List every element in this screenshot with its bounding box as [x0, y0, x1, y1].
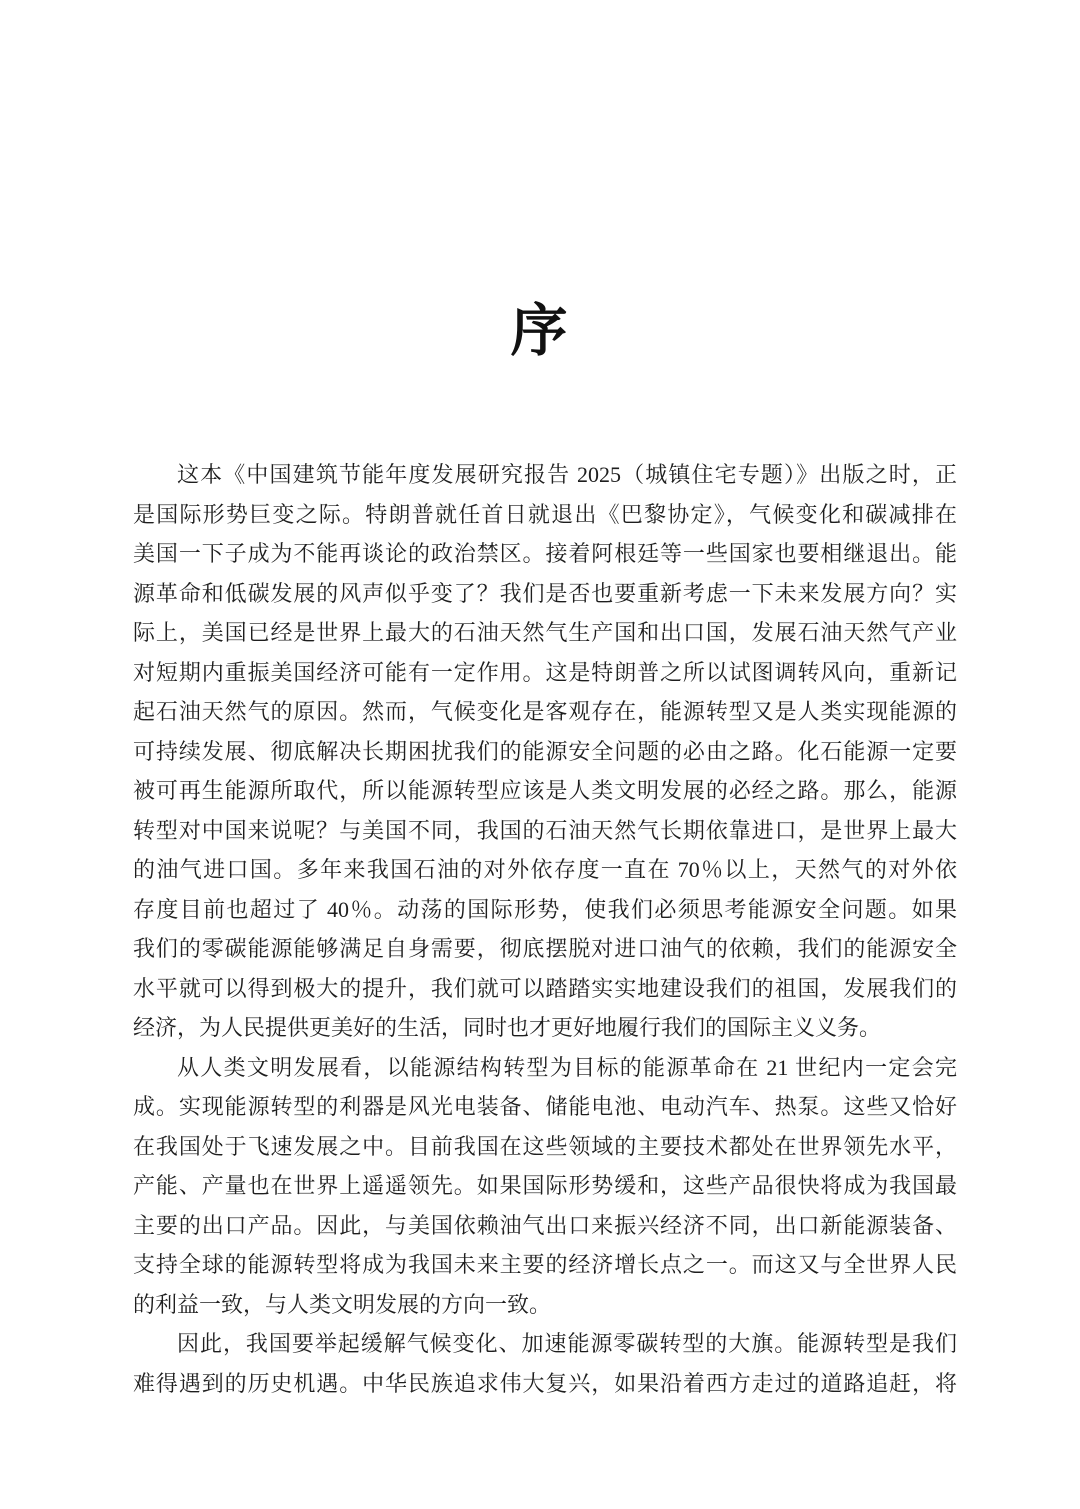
paragraph-line: 源革命和低碳发展的风声似乎变了？我们是否也要重新考虑一下未来发展方向？实	[133, 574, 957, 614]
paragraph-line: 可持续发展、彻底解决长期困扰我们的能源安全问题的必由之路。化石能源一定要	[133, 732, 957, 772]
body-text: 这本《中国建筑节能年度发展研究报告 2025（城镇住宅专题）》出版之时，正 是国…	[133, 455, 957, 1403]
paragraph-3: 因此，我国要举起缓解气候变化、加速能源零碳转型的大旗。能源转型是我们 难得遇到的…	[133, 1324, 957, 1403]
paragraph-line: 的利益一致，与人类文明发展的方向一致。	[133, 1285, 957, 1325]
paragraph-line: 成。实现能源转型的利器是风光电装备、储能电池、电动汽车、热泵。这些又恰好	[133, 1087, 957, 1127]
paragraph-1: 这本《中国建筑节能年度发展研究报告 2025（城镇住宅专题）》出版之时，正 是国…	[133, 455, 957, 1048]
paragraph-line: 被可再生能源所取代，所以能源转型应该是人类文明发展的必经之路。那么，能源	[133, 771, 957, 811]
paragraph-line: 在我国处于飞速发展之中。目前我国在这些领域的主要技术都处在世界领先水平，	[133, 1127, 957, 1167]
paragraph-line: 因此，我国要举起缓解气候变化、加速能源零碳转型的大旗。能源转型是我们	[133, 1324, 957, 1364]
paragraph-line: 这本《中国建筑节能年度发展研究报告 2025（城镇住宅专题）》出版之时，正	[133, 455, 957, 495]
paragraph-line: 难得遇到的历史机遇。中华民族追求伟大复兴，如果沿着西方走过的道路追赶，将	[133, 1364, 957, 1404]
paragraph-line: 水平就可以得到极大的提升，我们就可以踏踏实实地建设我们的祖国，发展我们的	[133, 969, 957, 1009]
paragraph-line: 存度目前也超过了 40％。动荡的国际形势，使我们必须思考能源安全问题。如果	[133, 890, 957, 930]
book-page: 序 这本《中国建筑节能年度发展研究报告 2025（城镇住宅专题）》出版之时，正 …	[0, 0, 1080, 1509]
paragraph-line: 从人类文明发展看，以能源结构转型为目标的能源革命在 21 世纪内一定会完	[133, 1048, 957, 1088]
paragraph-line: 转型对中国来说呢？与美国不同，我国的石油天然气长期依靠进口，是世界上最大	[133, 811, 957, 851]
paragraph-line: 产能、产量也在世界上遥遥领先。如果国际形势缓和，这些产品很快将成为我国最	[133, 1166, 957, 1206]
page-title: 序	[0, 0, 1080, 368]
paragraph-line: 主要的出口产品。因此，与美国依赖油气出口来振兴经济不同，出口新能源装备、	[133, 1206, 957, 1246]
paragraph-line: 是国际形势巨变之际。特朗普就任首日就退出《巴黎协定》，气候变化和碳减排在	[133, 495, 957, 535]
paragraph-line: 经济，为人民提供更美好的生活，同时也才更好地履行我们的国际主义义务。	[133, 1008, 957, 1048]
paragraph-line: 的油气进口国。多年来我国石油的对外依存度一直在 70％以上，天然气的对外依	[133, 850, 957, 890]
paragraph-line: 对短期内重振美国经济可能有一定作用。这是特朗普之所以试图调转风向，重新记	[133, 653, 957, 693]
paragraph-line: 际上，美国已经是世界上最大的石油天然气生产国和出口国，发展石油天然气产业	[133, 613, 957, 653]
paragraph-line: 我们的零碳能源能够满足自身需要，彻底摆脱对进口油气的依赖，我们的能源安全	[133, 929, 957, 969]
paragraph-line: 起石油天然气的原因。然而，气候变化是客观存在，能源转型又是人类实现能源的	[133, 692, 957, 732]
paragraph-2: 从人类文明发展看，以能源结构转型为目标的能源革命在 21 世纪内一定会完 成。实…	[133, 1048, 957, 1325]
paragraph-line: 支持全球的能源转型将成为我国未来主要的经济增长点之一。而这又与全世界人民	[133, 1245, 957, 1285]
paragraph-line: 美国一下子成为不能再谈论的政治禁区。接着阿根廷等一些国家也要相继退出。能	[133, 534, 957, 574]
